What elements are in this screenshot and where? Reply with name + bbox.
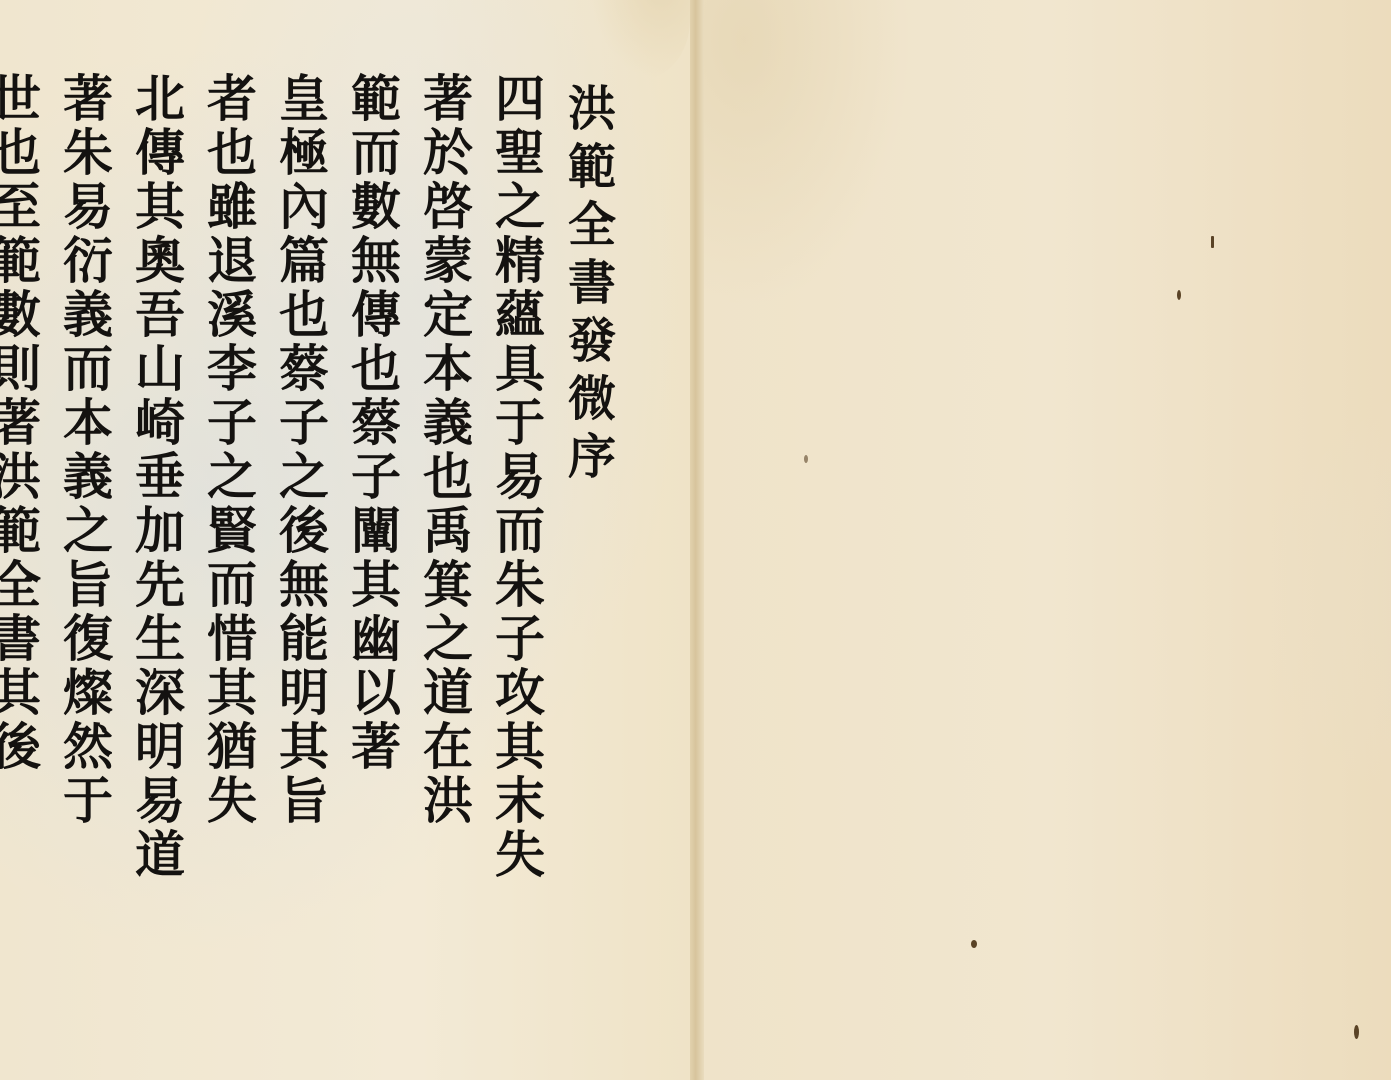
kanji-character: 易: [495, 450, 545, 504]
kanji-character: 也: [351, 342, 401, 396]
kanji-character: 雖: [207, 180, 257, 234]
kanji-character: 闡: [351, 504, 401, 558]
kanji-character: 然: [63, 720, 113, 774]
kanji-character: 燦: [63, 666, 113, 720]
kanji-character: 道: [135, 828, 185, 882]
kanji-character: 於: [423, 126, 473, 180]
kanji-character: 奧: [135, 234, 185, 288]
kanji-character: 旨: [63, 558, 113, 612]
kanji-character: 數: [0, 288, 41, 342]
kanji-character: 猶: [207, 720, 257, 774]
kanji-character: 書: [0, 612, 41, 666]
kanji-character: 精: [495, 234, 545, 288]
kanji-character: 洪: [568, 80, 616, 138]
kanji-character: 後: [279, 504, 329, 558]
kanji-character: 皇: [279, 72, 329, 126]
kanji-character: 也: [207, 126, 257, 180]
text-column-2: 著於啓蒙定本義也禹箕之道在洪: [412, 72, 484, 882]
kanji-character: 全: [0, 558, 41, 612]
kanji-character: 加: [135, 504, 185, 558]
paper-speck: [971, 940, 977, 948]
paper-speck: [1211, 236, 1214, 248]
kanji-character: 著: [63, 72, 113, 126]
kanji-character: 無: [279, 558, 329, 612]
kanji-character: 北: [135, 72, 185, 126]
kanji-character: 至: [0, 180, 41, 234]
kanji-character: 發: [568, 312, 616, 370]
kanji-character: 內: [279, 180, 329, 234]
kanji-character: 而: [351, 126, 401, 180]
kanji-character: 道: [423, 666, 473, 720]
kanji-character: 篇: [279, 234, 329, 288]
kanji-character: 著: [0, 396, 41, 450]
kanji-character: 朱: [63, 126, 113, 180]
text-column-8: 世也至範數則著洪範全書其後: [0, 72, 52, 882]
kanji-character: 啓: [423, 180, 473, 234]
kanji-character: 攻: [495, 666, 545, 720]
kanji-character: 易: [135, 774, 185, 828]
kanji-character: 溪: [207, 288, 257, 342]
text-column-5: 者也雖退溪李子之賢而惜其猶失: [196, 72, 268, 882]
kanji-character: 著: [423, 72, 473, 126]
kanji-character: 旨: [279, 774, 329, 828]
kanji-character: 蘊: [495, 288, 545, 342]
kanji-character: 微: [568, 370, 616, 428]
kanji-character: 而: [207, 558, 257, 612]
kanji-character: 子: [279, 396, 329, 450]
kanji-character: 全: [568, 196, 616, 254]
kanji-character: 朱: [495, 558, 545, 612]
kanji-character: 之: [279, 450, 329, 504]
kanji-character: 聖: [495, 126, 545, 180]
kanji-character: 崎: [135, 396, 185, 450]
kanji-character: 深: [135, 666, 185, 720]
kanji-character: 子: [495, 612, 545, 666]
paper-speck: [804, 455, 808, 463]
kanji-character: 而: [63, 342, 113, 396]
kanji-character: 蒙: [423, 234, 473, 288]
kanji-character: 傳: [351, 288, 401, 342]
kanji-character: 其: [207, 666, 257, 720]
kanji-character: 退: [207, 234, 257, 288]
book-spread: 洪範全書發微序 四聖之精蘊具于易而朱子攻其末失 著於啓蒙定本義也禹箕之道在洪 範…: [0, 0, 1391, 1080]
kanji-character: 失: [495, 828, 545, 882]
kanji-character: 也: [423, 450, 473, 504]
kanji-character: 垂: [135, 450, 185, 504]
text-column-1: 四聖之精蘊具于易而朱子攻其末失: [484, 72, 556, 882]
kanji-character: 書: [568, 254, 616, 312]
text-column-6: 北傳其奧吾山崎垂加先生深明易道: [124, 72, 196, 882]
kanji-character: 其: [351, 558, 401, 612]
kanji-character: 子: [351, 450, 401, 504]
kanji-character: 定: [423, 288, 473, 342]
kanji-character: 在: [423, 720, 473, 774]
kanji-character: 範: [0, 504, 41, 558]
kanji-character: 義: [63, 450, 113, 504]
kanji-character: 吾: [135, 288, 185, 342]
text-column-7: 著朱易衍義而本義之旨復燦然于: [52, 72, 124, 882]
right-page-blank: [704, 0, 1391, 1080]
kanji-character: 其: [135, 180, 185, 234]
kanji-character: 義: [63, 288, 113, 342]
kanji-character: 明: [135, 720, 185, 774]
kanji-character: 禹: [423, 504, 473, 558]
kanji-character: 也: [0, 126, 41, 180]
kanji-character: 于: [495, 396, 545, 450]
kanji-character: 傳: [135, 126, 185, 180]
kanji-character: 惜: [207, 612, 257, 666]
kanji-character: 先: [135, 558, 185, 612]
kanji-character: 序: [568, 428, 616, 486]
kanji-character: 也: [279, 288, 329, 342]
text-column-3: 範而數無傳也蔡子闡其幽以著: [340, 72, 412, 882]
kanji-character: 其: [0, 666, 41, 720]
kanji-character: 明: [279, 666, 329, 720]
kanji-character: 衍: [63, 234, 113, 288]
kanji-character: 義: [423, 396, 473, 450]
kanji-character: 者: [207, 72, 257, 126]
left-page: 洪範全書發微序 四聖之精蘊具于易而朱子攻其末失 著於啓蒙定本義也禹箕之道在洪 範…: [0, 0, 690, 1080]
kanji-character: 復: [63, 612, 113, 666]
kanji-character: 其: [495, 720, 545, 774]
kanji-character: 之: [63, 504, 113, 558]
paper-speck: [1354, 1025, 1359, 1039]
kanji-character: 幽: [351, 612, 401, 666]
kanji-character: 子: [207, 396, 257, 450]
kanji-character: 世: [0, 72, 41, 126]
kanji-character: 則: [0, 342, 41, 396]
kanji-character: 于: [63, 774, 113, 828]
kanji-character: 山: [135, 342, 185, 396]
kanji-character: 著: [351, 720, 401, 774]
kanji-character: 數: [351, 180, 401, 234]
book-gutter: [690, 0, 704, 1080]
kanji-character: 洪: [0, 450, 41, 504]
kanji-character: 範: [568, 138, 616, 196]
kanji-character: 生: [135, 612, 185, 666]
kanji-character: 以: [351, 666, 401, 720]
kanji-character: 範: [351, 72, 401, 126]
kanji-character: 失: [207, 774, 257, 828]
kanji-character: 易: [63, 180, 113, 234]
kanji-character: 而: [495, 504, 545, 558]
kanji-character: 本: [423, 342, 473, 396]
kanji-character: 具: [495, 342, 545, 396]
kanji-character: 其: [279, 720, 329, 774]
kanji-character: 箕: [423, 558, 473, 612]
kanji-character: 蔡: [279, 342, 329, 396]
title-column: 洪範全書發微序: [556, 80, 628, 882]
kanji-character: 能: [279, 612, 329, 666]
kanji-character: 蔡: [351, 396, 401, 450]
kanji-character: 之: [207, 450, 257, 504]
kanji-character: 洪: [423, 774, 473, 828]
paper-speck: [1177, 290, 1181, 300]
vertical-text-block: 洪範全書發微序 四聖之精蘊具于易而朱子攻其末失 著於啓蒙定本義也禹箕之道在洪 範…: [0, 72, 628, 882]
kanji-character: 本: [63, 396, 113, 450]
kanji-character: 四: [495, 72, 545, 126]
text-column-4: 皇極內篇也蔡子之後無能明其旨: [268, 72, 340, 882]
kanji-character: 範: [0, 234, 41, 288]
kanji-character: 無: [351, 234, 401, 288]
kanji-character: 後: [0, 720, 41, 774]
kanji-character: 極: [279, 126, 329, 180]
kanji-character: 之: [495, 180, 545, 234]
kanji-character: 末: [495, 774, 545, 828]
kanji-character: 之: [423, 612, 473, 666]
kanji-character: 賢: [207, 504, 257, 558]
kanji-character: 李: [207, 342, 257, 396]
